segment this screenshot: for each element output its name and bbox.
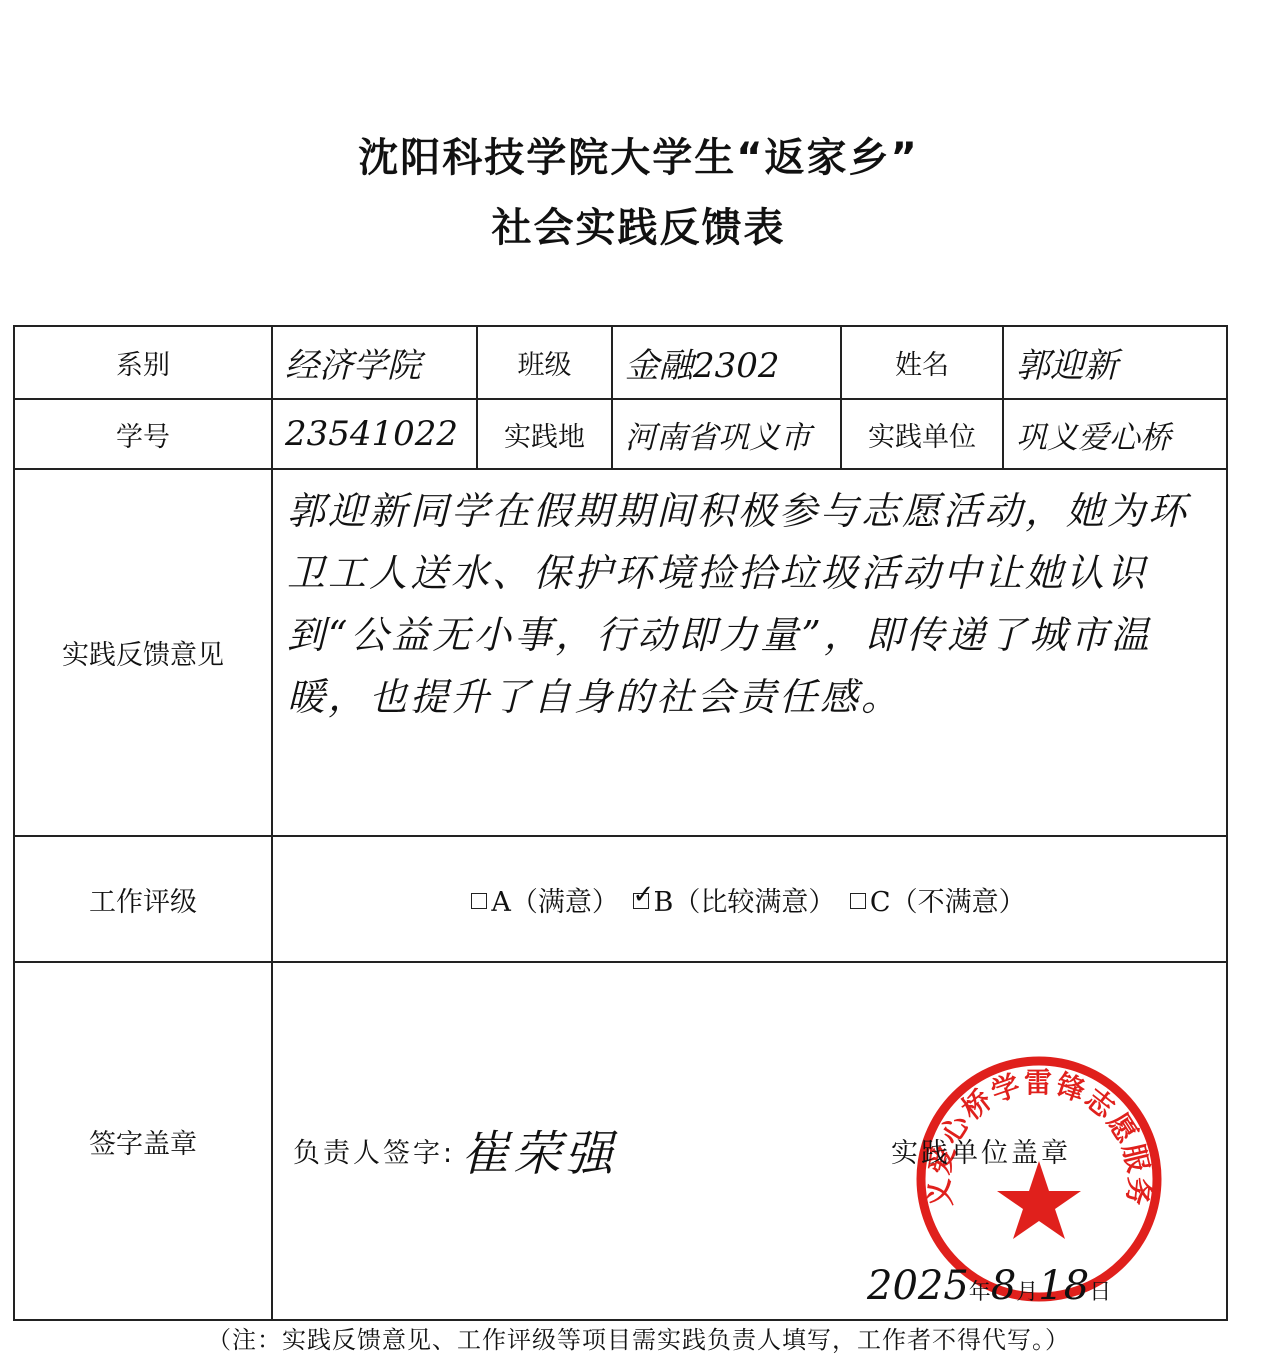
feedback-label: 实践反馈意见 [14,469,272,836]
form-row-basic: 系别 经济学院 班级 金融2302 姓名 郭迎新 [14,326,1227,399]
feedback-text[interactable]: 郭迎新同学在假期期间积极参与志愿活动，她为环卫工人送水、保护环境捡拾垃圾活动中让… [272,469,1227,836]
document-subtitle: 社会实践反馈表 [0,196,1277,253]
feedback-form-table: 系别 经济学院 班级 金融2302 姓名 郭迎新 学号 23541022 实践地… [13,325,1228,1321]
form-row-signature: 签字盖章 负责人签字: 崔荣强 巩义爱心桥学雷锋志愿服务队 实践单位盖章 202… [14,962,1227,1320]
rating-option-c[interactable]: C（不满意） [850,887,1028,918]
form-row-feedback: 实践反馈意见 郭迎新同学在假期期间积极参与志愿活动，她为环卫工人送水、保护环境捡… [14,469,1227,836]
document-title: 沈阳科技学院大学生“返家乡” [0,126,1277,183]
class-field[interactable]: 金融2302 [612,326,841,399]
form-row-practice: 学号 23541022 实践地 河南省巩义市 实践单位 巩义爱心桥 [14,399,1227,469]
rating-option-b[interactable]: B（比较满意） [633,887,837,918]
rating-option-a[interactable]: A（满意） [471,887,621,918]
name-label: 姓名 [841,326,1003,399]
unit-label: 实践单位 [841,399,1003,469]
student-id-field[interactable]: 23541022 [272,399,477,469]
class-label: 班级 [477,326,612,399]
rating-options: A（满意） B（比较满意） C（不满意） [272,836,1227,962]
checkbox-icon[interactable] [850,893,866,909]
student-id-label: 学号 [14,399,272,469]
footnote: （注：实践反馈意见、工作评级等项目需实践负责人填写，工作者不得代写。） [0,1320,1277,1355]
name-field[interactable]: 郭迎新 [1003,326,1227,399]
rating-label: 工作评级 [14,836,272,962]
seal-label: 实践单位盖章 [891,1131,1071,1170]
signature-area: 负责人签字: 崔荣强 巩义爱心桥学雷锋志愿服务队 实践单位盖章 2025年8月1… [272,962,1227,1320]
location-field[interactable]: 河南省巩义市 [612,399,841,469]
unit-field[interactable]: 巩义爱心桥 [1003,399,1227,469]
signature-label: 签字盖章 [14,962,272,1320]
responsible-signature[interactable]: 崔荣强 [461,1115,617,1184]
responsible-signature-label: 负责人签字: [293,1131,455,1170]
department-field[interactable]: 经济学院 [272,326,477,399]
checkbox-checked-icon[interactable] [633,893,649,909]
department-label: 系别 [14,326,272,399]
form-row-rating: 工作评级 A（满意） B（比较满意） C（不满意） [14,836,1227,962]
checkbox-icon[interactable] [471,893,487,909]
location-label: 实践地 [477,399,612,469]
sign-date[interactable]: 2025年8月18日 [867,1263,1111,1309]
